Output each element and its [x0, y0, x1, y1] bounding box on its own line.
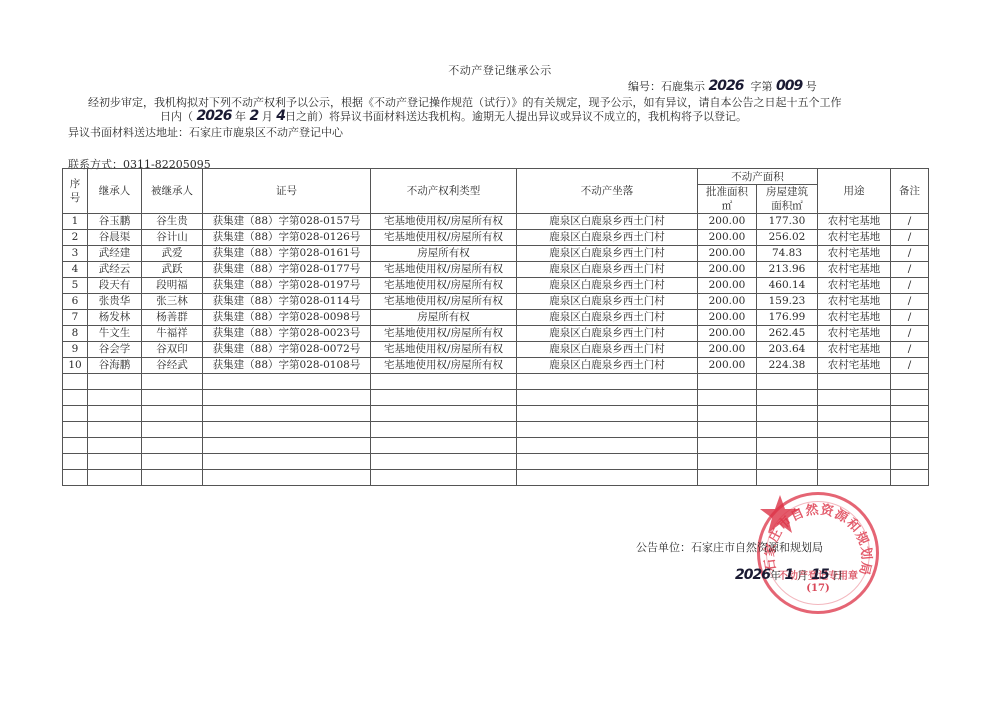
cell-heir	[88, 406, 142, 422]
cell-heir	[88, 470, 142, 486]
cell-building-area: 460.14	[757, 278, 818, 294]
cell-approved-area	[698, 470, 757, 486]
deadline-month-label: 月	[262, 110, 273, 123]
header-usage: 用途	[818, 169, 891, 214]
table-row: 6张贵华张三林获集建（88）字第028-0114号宅基地使用权/房屋所有权鹿泉区…	[63, 294, 929, 310]
cell-usage: 农村宅基地	[818, 246, 891, 262]
cell-usage	[818, 374, 891, 390]
cell-right-type: 宅基地使用权/房屋所有权	[371, 294, 517, 310]
cell-location: 鹿泉区白鹿泉乡西土门村	[517, 230, 698, 246]
cell-seq: 6	[63, 294, 88, 310]
cell-location	[517, 390, 698, 406]
cell-decedent: 武跃	[142, 262, 203, 278]
cell-approved-area: 200.00	[698, 310, 757, 326]
deadline-month-handwritten: 2	[249, 108, 258, 124]
table-row: 2谷晨渠谷计山获集建（88）字第028-0126号宅基地使用权/房屋所有权鹿泉区…	[63, 230, 929, 246]
cell-decedent: 谷双印	[142, 342, 203, 358]
cell-remarks: /	[891, 358, 929, 374]
cell-building-area: 159.23	[757, 294, 818, 310]
cell-remarks	[891, 406, 929, 422]
deadline-day-handwritten: 4	[276, 108, 285, 124]
cell-location: 鹿泉区白鹿泉乡西土门村	[517, 294, 698, 310]
cell-usage: 农村宅基地	[818, 294, 891, 310]
cell-cert-no: 获集建（88）字第028-0108号	[203, 358, 371, 374]
deadline-year-handwritten: 2026	[197, 108, 232, 124]
cell-approved-area: 200.00	[698, 294, 757, 310]
cell-usage: 农村宅基地	[818, 310, 891, 326]
cell-cert-no: 获集建（88）字第028-0161号	[203, 246, 371, 262]
reference-serial-handwritten: 009	[776, 78, 802, 94]
cell-location: 鹿泉区白鹿泉乡西土门村	[517, 246, 698, 262]
cell-location: 鹿泉区白鹿泉乡西土门村	[517, 358, 698, 374]
cell-decedent: 张三林	[142, 294, 203, 310]
reference-year-handwritten: 2026	[709, 78, 744, 94]
cell-approved-area	[698, 374, 757, 390]
cell-usage	[818, 454, 891, 470]
table-row-empty	[63, 454, 929, 470]
issuing-unit: 公告单位：石家庄市自然资源和规划局	[636, 539, 823, 555]
cell-location: 鹿泉区白鹿泉乡西土门村	[517, 214, 698, 230]
cell-approved-area: 200.00	[698, 358, 757, 374]
table-row-empty	[63, 438, 929, 454]
cell-seq	[63, 422, 88, 438]
cell-location: 鹿泉区白鹿泉乡西土门村	[517, 262, 698, 278]
cell-usage	[818, 406, 891, 422]
cell-usage	[818, 422, 891, 438]
reference-number: 编号：石鹿集示 2026 字第 009 号	[628, 78, 817, 94]
cell-location: 鹿泉区白鹿泉乡西土门村	[517, 278, 698, 294]
cell-decedent: 武爱	[142, 246, 203, 262]
table-row: 5段天有段明福获集建（88）字第028-0197号宅基地使用权/房屋所有权鹿泉区…	[63, 278, 929, 294]
cell-usage: 农村宅基地	[818, 358, 891, 374]
issue-year-handwritten: 2026	[735, 567, 770, 583]
seal-code: (17)	[760, 583, 876, 594]
cell-seq	[63, 454, 88, 470]
cell-cert-no	[203, 470, 371, 486]
cell-approved-area	[698, 422, 757, 438]
header-decedent: 被继承人	[142, 169, 203, 214]
cell-building-area	[757, 422, 818, 438]
cell-heir	[88, 422, 142, 438]
header-remarks: 备注	[891, 169, 929, 214]
cell-remarks: /	[891, 246, 929, 262]
deadline-suffix: 日之前）将异议书面材料送达我机构。逾期无人提出异议或异议不成立的，我机构将予以登…	[285, 110, 747, 123]
cell-decedent: 段明福	[142, 278, 203, 294]
deadline-prefix: 日内（	[160, 110, 193, 123]
cell-right-type: 宅基地使用权/房屋所有权	[371, 230, 517, 246]
cell-cert-no	[203, 422, 371, 438]
table-row-empty	[63, 390, 929, 406]
cell-remarks	[891, 438, 929, 454]
cell-right-type: 房屋所有权	[371, 310, 517, 326]
cell-seq	[63, 470, 88, 486]
cell-remarks: /	[891, 214, 929, 230]
table-row: 4武经云武跃获集建（88）字第028-0177号宅基地使用权/房屋所有权鹿泉区白…	[63, 262, 929, 278]
cell-approved-area: 200.00	[698, 262, 757, 278]
cell-remarks	[891, 454, 929, 470]
cell-heir: 谷海鹏	[88, 358, 142, 374]
table-row-empty	[63, 374, 929, 390]
document-title: 不动产登记继承公示	[0, 62, 1000, 78]
cell-building-area: 213.96	[757, 262, 818, 278]
header-heir: 继承人	[88, 169, 142, 214]
cell-remarks	[891, 470, 929, 486]
cell-building-area	[757, 470, 818, 486]
cell-building-area: 262.45	[757, 326, 818, 342]
cell-right-type: 房屋所有权	[371, 246, 517, 262]
cell-usage: 农村宅基地	[818, 278, 891, 294]
cell-cert-no: 获集建（88）字第028-0114号	[203, 294, 371, 310]
cell-location	[517, 470, 698, 486]
cell-approved-area: 200.00	[698, 214, 757, 230]
table-row-empty	[63, 422, 929, 438]
cell-usage	[818, 470, 891, 486]
cell-cert-no	[203, 406, 371, 422]
cell-building-area	[757, 406, 818, 422]
table-row: 1谷玉鹏谷生贵获集建（88）字第028-0157号宅基地使用权/房屋所有权鹿泉区…	[63, 214, 929, 230]
cell-decedent	[142, 406, 203, 422]
cell-building-area: 203.64	[757, 342, 818, 358]
cell-seq	[63, 374, 88, 390]
cell-building-area	[757, 438, 818, 454]
cell-cert-no: 获集建（88）字第028-0126号	[203, 230, 371, 246]
cell-decedent	[142, 390, 203, 406]
header-building-area: 房屋建筑面积㎡	[757, 185, 818, 214]
table-header: 序号 继承人 被继承人 证号 不动产权利类型 不动产坐落 不动产面积 用途 备注…	[63, 169, 929, 214]
cell-approved-area: 200.00	[698, 342, 757, 358]
issue-day-label: 日	[832, 569, 843, 582]
cell-heir	[88, 390, 142, 406]
header-cert-no: 证号	[203, 169, 371, 214]
cell-decedent	[142, 422, 203, 438]
cell-heir: 武经云	[88, 262, 142, 278]
cell-decedent: 牛福祥	[142, 326, 203, 342]
cell-right-type: 宅基地使用权/房屋所有权	[371, 214, 517, 230]
cell-seq: 7	[63, 310, 88, 326]
cell-cert-no: 获集建（88）字第028-0023号	[203, 326, 371, 342]
header-approved-area: 批准面积㎡	[698, 185, 757, 214]
cell-building-area	[757, 390, 818, 406]
cell-location	[517, 374, 698, 390]
inheritance-registry-table: 序号 继承人 被继承人 证号 不动产权利类型 不动产坐落 不动产面积 用途 备注…	[62, 168, 929, 486]
cell-location: 鹿泉区白鹿泉乡西土门村	[517, 326, 698, 342]
seal-star-icon	[760, 495, 800, 533]
cell-location	[517, 422, 698, 438]
cell-usage	[818, 390, 891, 406]
cell-cert-no: 获集建（88）字第028-0072号	[203, 342, 371, 358]
cell-decedent	[142, 470, 203, 486]
cell-approved-area	[698, 454, 757, 470]
cell-heir	[88, 454, 142, 470]
cell-right-type	[371, 470, 517, 486]
cell-right-type	[371, 374, 517, 390]
cell-right-type: 宅基地使用权/房屋所有权	[371, 342, 517, 358]
cell-cert-no: 获集建（88）字第028-0098号	[203, 310, 371, 326]
table-body: 1谷玉鹏谷生贵获集建（88）字第028-0157号宅基地使用权/房屋所有权鹿泉区…	[63, 214, 929, 486]
cell-decedent: 谷计山	[142, 230, 203, 246]
cell-usage: 农村宅基地	[818, 326, 891, 342]
cell-remarks: /	[891, 326, 929, 342]
cell-heir: 段天有	[88, 278, 142, 294]
cell-cert-no	[203, 438, 371, 454]
cell-right-type: 宅基地使用权/房屋所有权	[371, 278, 517, 294]
reference-suffix: 号	[806, 80, 817, 93]
cell-cert-no: 获集建（88）字第028-0177号	[203, 262, 371, 278]
cell-decedent	[142, 454, 203, 470]
cell-approved-area: 200.00	[698, 246, 757, 262]
cell-right-type	[371, 406, 517, 422]
cell-remarks: /	[891, 310, 929, 326]
cell-building-area: 177.30	[757, 214, 818, 230]
issue-month-handwritten: 1	[784, 567, 793, 583]
cell-decedent: 杨善群	[142, 310, 203, 326]
cell-right-type	[371, 454, 517, 470]
cell-heir: 谷晨渠	[88, 230, 142, 246]
cell-remarks: /	[891, 342, 929, 358]
header-seq: 序号	[63, 169, 88, 214]
cell-seq: 2	[63, 230, 88, 246]
cell-seq: 4	[63, 262, 88, 278]
cell-usage: 农村宅基地	[818, 214, 891, 230]
cell-building-area: 74.83	[757, 246, 818, 262]
cell-location	[517, 406, 698, 422]
cell-approved-area: 200.00	[698, 278, 757, 294]
cell-approved-area: 200.00	[698, 230, 757, 246]
cell-usage	[818, 438, 891, 454]
cell-usage: 农村宅基地	[818, 230, 891, 246]
cell-location: 鹿泉区白鹿泉乡西土门村	[517, 342, 698, 358]
cell-heir	[88, 438, 142, 454]
cell-right-type	[371, 390, 517, 406]
cell-right-type: 宅基地使用权/房屋所有权	[371, 326, 517, 342]
issue-month-label: 月	[797, 569, 808, 582]
cell-approved-area: 200.00	[698, 326, 757, 342]
cell-cert-no: 获集建（88）字第028-0197号	[203, 278, 371, 294]
table-row-empty	[63, 470, 929, 486]
cell-remarks	[891, 390, 929, 406]
cell-building-area: 176.99	[757, 310, 818, 326]
cell-heir: 武经建	[88, 246, 142, 262]
cell-decedent: 谷生贵	[142, 214, 203, 230]
cell-seq: 10	[63, 358, 88, 374]
cell-heir: 杨发林	[88, 310, 142, 326]
cell-seq	[63, 438, 88, 454]
cell-decedent	[142, 374, 203, 390]
cell-cert-no	[203, 374, 371, 390]
table-row: 10谷海鹏谷经武获集建（88）字第028-0108号宅基地使用权/房屋所有权鹿泉…	[63, 358, 929, 374]
cell-right-type: 宅基地使用权/房屋所有权	[371, 358, 517, 374]
table-row-empty	[63, 406, 929, 422]
cell-seq: 3	[63, 246, 88, 262]
cell-remarks: /	[891, 262, 929, 278]
cell-usage: 农村宅基地	[818, 342, 891, 358]
reference-mid: 字第	[750, 80, 772, 93]
cell-cert-no: 获集建（88）字第028-0157号	[203, 214, 371, 230]
cell-approved-area	[698, 390, 757, 406]
reference-label: 编号：石鹿集示	[628, 80, 705, 93]
cell-location: 鹿泉区白鹿泉乡西土门村	[517, 310, 698, 326]
cell-right-type: 宅基地使用权/房屋所有权	[371, 262, 517, 278]
cell-seq	[63, 406, 88, 422]
cell-building-area	[757, 374, 818, 390]
header-right-type: 不动产权利类型	[371, 169, 517, 214]
cell-heir: 牛文生	[88, 326, 142, 342]
issue-date: 2026年 1 月 15 日	[735, 567, 843, 583]
cell-location	[517, 438, 698, 454]
cell-right-type	[371, 422, 517, 438]
cell-building-area: 224.38	[757, 358, 818, 374]
cell-remarks	[891, 422, 929, 438]
issue-year-label: 年	[770, 569, 781, 582]
cell-building-area: 256.02	[757, 230, 818, 246]
cell-heir: 张贵华	[88, 294, 142, 310]
header-area-group: 不动产面积	[698, 169, 818, 185]
objection-address: 异议书面材料送达地址：石家庄市鹿泉区不动产登记中心	[68, 124, 343, 140]
cell-location	[517, 454, 698, 470]
cell-remarks	[891, 374, 929, 390]
table-row: 3武经建武爱获集建（88）字第028-0161号房屋所有权鹿泉区白鹿泉乡西土门村…	[63, 246, 929, 262]
cell-approved-area	[698, 438, 757, 454]
table-row: 7杨发林杨善群获集建（88）字第028-0098号房屋所有权鹿泉区白鹿泉乡西土门…	[63, 310, 929, 326]
cell-heir	[88, 374, 142, 390]
cell-seq: 8	[63, 326, 88, 342]
cell-remarks: /	[891, 294, 929, 310]
deadline-year-label: 年	[235, 110, 246, 123]
cell-seq: 1	[63, 214, 88, 230]
cell-seq	[63, 390, 88, 406]
cell-cert-no	[203, 454, 371, 470]
cell-seq: 5	[63, 278, 88, 294]
issue-day-handwritten: 15	[811, 567, 828, 583]
notice-paragraph-line2: 日内（ 2026 年 2 月 4日之前）将异议书面材料送达我机构。逾期无人提出异…	[160, 108, 747, 124]
header-location: 不动产坐落	[517, 169, 698, 214]
cell-usage: 农村宅基地	[818, 262, 891, 278]
table-row: 8牛文生牛福祥获集建（88）字第028-0023号宅基地使用权/房屋所有权鹿泉区…	[63, 326, 929, 342]
cell-right-type	[371, 438, 517, 454]
cell-remarks: /	[891, 278, 929, 294]
cell-decedent	[142, 438, 203, 454]
cell-approved-area	[698, 406, 757, 422]
cell-cert-no	[203, 390, 371, 406]
cell-decedent: 谷经武	[142, 358, 203, 374]
cell-heir: 谷会学	[88, 342, 142, 358]
cell-remarks: /	[891, 230, 929, 246]
table-row: 9谷会学谷双印获集建（88）字第028-0072号宅基地使用权/房屋所有权鹿泉区…	[63, 342, 929, 358]
cell-heir: 谷玉鹏	[88, 214, 142, 230]
cell-building-area	[757, 454, 818, 470]
cell-seq: 9	[63, 342, 88, 358]
